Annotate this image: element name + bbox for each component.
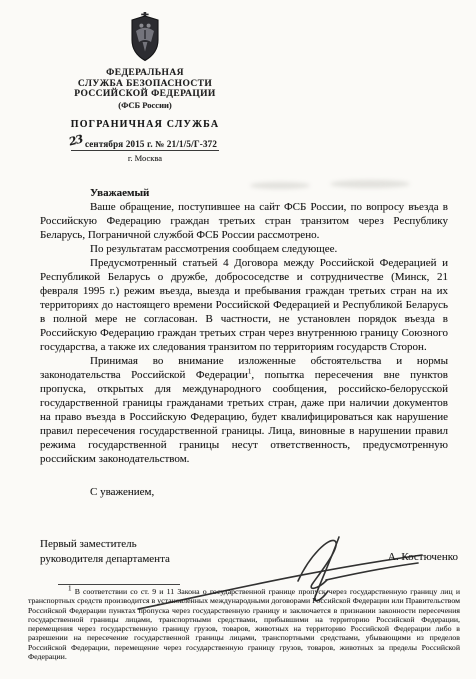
signature-block: Первый заместитель руководителя департам… [40, 537, 458, 566]
org-name-line2: СЛУЖБА БЕЗОПАСНОСТИ [45, 79, 245, 90]
signer-title: Первый заместитель руководителя департам… [40, 537, 170, 566]
footnote-number: 1 [68, 584, 72, 592]
signer-title-line2: руководителя департамента [40, 552, 170, 567]
salutation: Уважаемый [40, 186, 448, 200]
date-number-text: сентября 2015 г. № 21/1/5/Г-372 [85, 139, 217, 149]
footnote-rule [58, 584, 180, 585]
fsb-crest-icon [128, 12, 162, 62]
paragraph-3: Предусмотренный статьей 4 Договора между… [40, 256, 448, 354]
paragraph-4: Принимая во внимание изложенные обстояте… [40, 354, 448, 466]
letter-body: Уважаемый Ваше обращение, поступившее на… [40, 186, 448, 499]
city-line: г. Москва [45, 153, 245, 163]
footnote-text: 1 В соответствии со ст. 9 и 11 Закона о … [28, 587, 460, 661]
letterhead: ФЕДЕРАЛЬНАЯ СЛУЖБА БЕЗОПАСНОСТИ РОССИЙСК… [45, 12, 245, 163]
date-and-number-line: 23сентября 2015 г. № 21/1/5/Г-372 [71, 139, 219, 151]
service-name: ПОГРАНИЧНАЯ СЛУЖБА [45, 119, 245, 130]
org-name-line3: РОССИЙСКОЙ ФЕДЕРАЦИИ [45, 89, 245, 100]
footnote: 1 В соответствии со ст. 9 и 11 Закона о … [28, 584, 460, 661]
signer-title-line1: Первый заместитель [40, 537, 170, 552]
handwritten-day: 23 [68, 132, 84, 148]
org-name-abbrev: (ФСБ России) [45, 100, 245, 110]
signer-name: А. Костюченко [388, 537, 458, 565]
org-name-line1: ФЕДЕРАЛЬНАЯ [45, 68, 245, 79]
scanned-letter-page: ФЕДЕРАЛЬНАЯ СЛУЖБА БЕЗОПАСНОСТИ РОССИЙСК… [0, 0, 476, 679]
paragraph-1: Ваше обращение, поступившее на сайт ФСБ … [40, 200, 448, 242]
closing-phrase: С уважением, [40, 485, 448, 499]
paragraph-2: По результатам рассмотрения сообщаем сле… [40, 242, 448, 256]
